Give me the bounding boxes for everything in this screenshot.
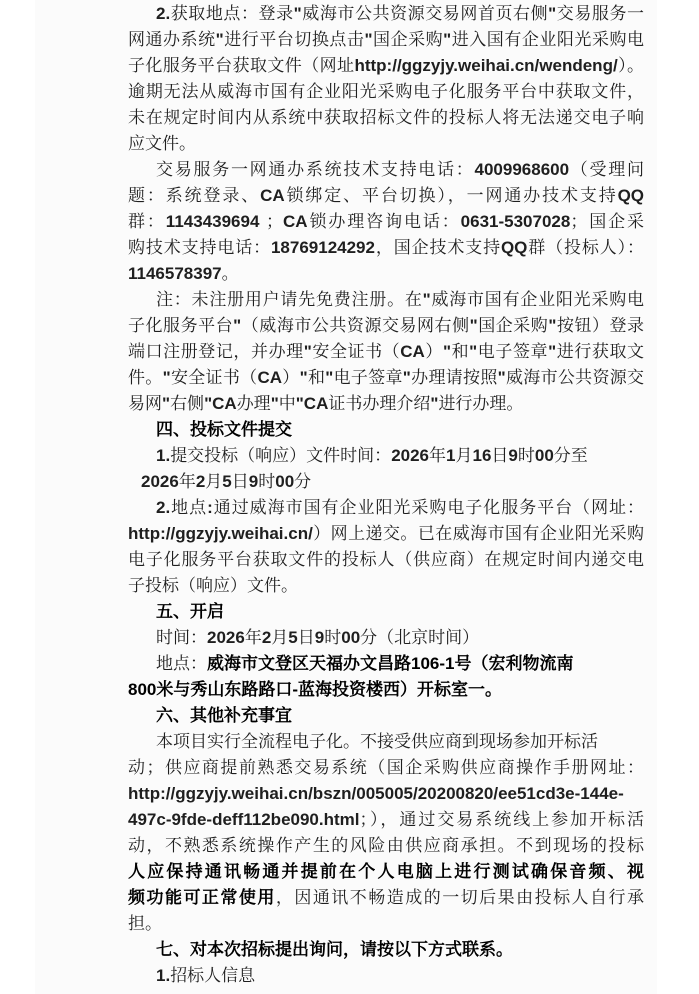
latin-text: " [443, 30, 451, 49]
latin-text: CA [260, 186, 285, 205]
text-segment: 地点： [156, 654, 207, 673]
doc-line-28: 六、其他补充事宜 [128, 703, 644, 729]
doc-line-14: 端口注册登记，并办理"安全证书（CA）"和"电子签章"进行获取文 [128, 339, 644, 365]
latin-text: " [294, 4, 302, 23]
latin-text: : [207, 498, 213, 517]
document-page: 2.获取地点：登录"威海市公共资源交易网首页右侧"交易服务一网通办系统"进行平台… [35, 0, 657, 994]
latin-text: 2 [196, 472, 205, 491]
latin-text: 1 [446, 446, 455, 465]
latin-text: 2 [262, 628, 271, 647]
text-segment: 网通办系统"进行平台切换点击"国企采购"进入国有企业阳光采购电 [128, 30, 644, 49]
latin-text: 2026 [141, 472, 179, 491]
text-segment: 易网"右侧"CA办理"中"CA证书办理介绍"进行办理。 [128, 394, 523, 413]
text-segment: 逾期无法从威海市国有企业阳光采购电子化服务平台中获取文件， [128, 82, 644, 101]
bold-text-segment: 人应保持通讯畅通并提前在个人电脑上进行测试确保音频、视 [128, 862, 644, 881]
text-segment: 件。"安全证书（CA）"和"电子签章"办理请按照"威海市公共资源交 [128, 368, 644, 387]
text-segment: 2.获取地点：登录"威海市公共资源交易网首页右侧"交易服务一 [156, 4, 644, 23]
text-segment: 1.招标人信息 [156, 966, 255, 985]
doc-line-2: 网通办系统"进行平台切换点击"国企采购"进入国有企业阳光采购电 [128, 27, 644, 53]
text-segment: 497c-9fde-deff112be090.html；），通过交易系统线上参加… [128, 810, 644, 829]
text-segment: 群：1143439694 ；CA锁办理咨询电话：0631-5307028；国企采 [128, 212, 644, 231]
doc-line-30: 动；供应商提前熟悉交易系统（国企采购供应商操作手册网址： [128, 755, 644, 781]
doc-line-35: 频功能可正常使用，因通讯不畅造成的一切后果由投标人自行承 [128, 885, 644, 911]
text-segment: 本项目实行全流程电子化。不接受供应商到现场参加开标活 [156, 732, 598, 751]
text-segment: 子投标（响应）文件。 [128, 576, 298, 595]
bold-text-segment: 威海市文登区天福办文昌路106-1号（宏利物流南 [207, 654, 573, 673]
doc-line-32: 497c-9fde-deff112be090.html；），通过交易系统线上参加… [128, 807, 644, 833]
doc-line-34: 人应保持通讯畅通并提前在个人电脑上进行测试确保音频、视 [128, 859, 644, 885]
latin-text: CA [283, 212, 308, 231]
latin-text: http://ggzyjy.weihai.cn/wendeng/ [354, 56, 617, 75]
latin-text: 4009968600 [475, 160, 570, 179]
text-segment: ，因通讯不畅造成的一切后果由投标人自行承 [276, 888, 644, 907]
latin-text: " [162, 394, 170, 413]
doc-line-33: 动，不熟悉系统操作产生的风险由供应商承担。不到现场的投标 [128, 833, 644, 859]
text-segment: 动；供应商提前熟悉交易系统（国企采购供应商操作手册网址： [128, 758, 644, 777]
latin-text: QQ [501, 238, 527, 257]
doc-line-25: 时间：2026年2月5日9时00分（北京时间） [128, 625, 644, 651]
latin-text: " [271, 394, 279, 413]
doc-line-29: 本项目实行全流程电子化。不接受供应商到现场参加开标活 [128, 729, 644, 755]
latin-text: CA [257, 368, 282, 387]
latin-text: " [548, 342, 556, 361]
bold-text-segment: 五、开启 [156, 602, 224, 621]
bold-text-segment: 六、其他补充事宜 [156, 706, 292, 725]
latin-text: 00 [535, 446, 554, 465]
doc-line-6: 应文件。 [128, 131, 644, 157]
doc-line-38: 1.招标人信息 [128, 963, 644, 989]
doc-line-7: 交易服务一网通办系统技术支持电话：4009968600（受理问 [128, 157, 644, 183]
text-segment: 担。 [128, 914, 162, 933]
latin-text: 106-1 [411, 654, 454, 673]
text-segment: 2026年2月5日9时00分 [141, 472, 311, 491]
latin-text: 00 [341, 628, 360, 647]
doc-line-11: 1146578397。 [128, 261, 644, 287]
latin-text: " [364, 30, 372, 49]
text-segment: 子化服务平台"（威海市公共资源交易网右侧"国企采购"按钮）登录 [128, 316, 644, 335]
document-canvas: 2.获取地点：登录"威海市公共资源交易网首页右侧"交易服务一网通办系统"进行平台… [0, 0, 699, 994]
latin-text: 800 [128, 680, 156, 699]
text-segment: http://ggzyjy.weihai.cn/）网上递交。已在威海市国有企业阳… [128, 524, 644, 543]
text-segment: 子化服务平台获取文件（网址http://ggzyjy.weihai.cn/wen… [128, 56, 644, 75]
doc-line-8: 题：系统登录、CA锁绑定、平台切换），一网通办技术支持QQ [128, 183, 644, 209]
latin-text: " [469, 342, 477, 361]
latin-text: " [430, 394, 438, 413]
doc-line-22: 电子化服务平台获取文件的投标人（供应商）在规定时间内递交电 [128, 547, 644, 573]
latin-text: " [403, 368, 411, 387]
latin-text: 00 [275, 472, 294, 491]
doc-line-27: 800米与秀山东路路口-蓝海投资楼西）开标室一。 [128, 677, 644, 703]
doc-line-36: 担。 [128, 911, 644, 937]
text-segment: 1146578397。 [128, 264, 239, 283]
latin-text: 2. [156, 4, 170, 23]
latin-text: " [548, 4, 556, 23]
doc-line-15: 件。"安全证书（CA）"和"电子签章"办理请按照"威海市公共资源交 [128, 365, 644, 391]
latin-text: - [292, 680, 298, 699]
latin-text: " [163, 368, 171, 387]
latin-text: 9 [508, 446, 517, 465]
latin-text: " [423, 290, 431, 309]
doc-line-18: 1.提交投标（响应）文件时间：2026年1月16日9时00分至 [128, 443, 644, 469]
bold-text-segment: 800米与秀山东路路口-蓝海投资楼西）开标室一。 [128, 680, 502, 699]
text-segment: 1.提交投标（响应）文件时间：2026年1月16日9时00分至 [156, 446, 588, 465]
text-segment: 2.地点:通过威海市国有企业阳光采购电子化服务平台（网址： [156, 498, 644, 517]
latin-text: " [443, 342, 451, 361]
doc-line-21: http://ggzyjy.weihai.cn/）网上递交。已在威海市国有企业阳… [128, 521, 644, 547]
text-segment: 注：未注册用户请先免费注册。在"威海市国有企业阳光采购电 [156, 290, 644, 309]
latin-text: 18769124292 [271, 238, 375, 257]
doc-line-3: 子化服务平台获取文件（网址http://ggzyjy.weihai.cn/wen… [128, 53, 644, 79]
doc-text: 2.获取地点：登录"威海市公共资源交易网首页右侧"交易服务一网通办系统"进行平台… [35, 0, 657, 989]
doc-line-16: 易网"右侧"CA办理"中"CA证书办理介绍"进行办理。 [128, 391, 644, 417]
text-segment: 购技术支持电话：18769124292，国企技术支持QQ群（投标人）： [128, 238, 644, 257]
latin-text: " [304, 342, 312, 361]
text-segment: 题：系统登录、CA锁绑定、平台切换），一网通办技术支持QQ [128, 186, 644, 205]
latin-text: " [470, 316, 478, 335]
doc-line-12: 注：未注册用户请先免费注册。在"威海市国有企业阳光采购电 [128, 287, 644, 313]
latin-text: 9 [249, 472, 258, 491]
doc-line-24: 五、开启 [128, 599, 644, 625]
latin-text: " [548, 316, 556, 335]
latin-text: 1. [156, 966, 170, 985]
latin-text: "CA [296, 394, 329, 413]
bold-text-segment: 四、投标文件提交 [156, 420, 292, 439]
latin-text: CA [400, 342, 425, 361]
doc-line-26: 地点：威海市文登区天福办文昌路106-1号（宏利物流南 [128, 651, 644, 677]
latin-text: 9 [315, 628, 324, 647]
doc-line-19: 2026年2月5日9时00分 [128, 469, 644, 495]
bold-text-segment: 七、对本次招标提出询问，请按以下方式联系。 [156, 940, 513, 959]
doc-line-10: 购技术支持电话：18769124292，国企技术支持QQ群（投标人）： [128, 235, 644, 261]
text-segment: http://ggzyjy.weihai.cn/bszn/005005/2020… [128, 784, 624, 803]
latin-text: 16 [472, 446, 491, 465]
latin-text: 1146578397 [128, 264, 222, 283]
latin-text: http://ggzyjy.weihai.cn/ [128, 524, 313, 543]
latin-text: 1. [156, 446, 170, 465]
latin-text: " [233, 316, 241, 335]
text-segment: 端口注册登记，并办理"安全证书（CA）"和"电子签章"进行获取文 [128, 342, 644, 361]
text-segment: 未在规定时间内从系统中获取招标文件的投标人将无法递交电子响 [128, 108, 644, 127]
text-segment: 电子化服务平台获取文件的投标人（供应商）在规定时间内递交电 [128, 550, 644, 569]
doc-line-1: 2.获取地点：登录"威海市公共资源交易网首页右侧"交易服务一 [128, 1, 644, 27]
bold-text-segment: 频功能可正常使用 [128, 888, 276, 907]
latin-text: " [300, 368, 308, 387]
latin-text: QQ [618, 186, 644, 205]
text-segment: 动，不熟悉系统操作产生的风险由供应商承担。不到现场的投标 [128, 836, 644, 855]
doc-line-17: 四、投标文件提交 [128, 417, 644, 443]
doc-line-37: 七、对本次招标提出询问，请按以下方式联系。 [128, 937, 644, 963]
latin-text: "CA [204, 394, 237, 413]
doc-line-23: 子投标（响应）文件。 [128, 573, 644, 599]
latin-text: 497c-9fde-deff112be090.html [128, 810, 360, 829]
latin-text: http://ggzyjy.weihai.cn/bszn/005005/2020… [128, 784, 624, 803]
latin-text: 1143439694 [166, 212, 260, 231]
latin-text: 2026 [391, 446, 429, 465]
latin-text: " [325, 368, 333, 387]
latin-text: " [498, 368, 506, 387]
doc-line-9: 群：1143439694 ；CA锁办理咨询电话：0631-5307028；国企采 [128, 209, 644, 235]
latin-text: 5 [222, 472, 231, 491]
latin-text: 2. [156, 498, 170, 517]
doc-line-5: 未在规定时间内从系统中获取招标文件的投标人将无法递交电子响 [128, 105, 644, 131]
latin-text: 2026 [207, 628, 245, 647]
latin-text: 0631-5307028 [461, 212, 571, 231]
text-segment: 应文件。 [128, 134, 196, 153]
text-segment: 时间：2026年2月5日9时00分（北京时间） [156, 628, 479, 647]
doc-line-4: 逾期无法从威海市国有企业阳光采购电子化服务平台中获取文件， [128, 79, 644, 105]
latin-text: " [216, 30, 224, 49]
latin-text: 5 [288, 628, 297, 647]
doc-line-31: http://ggzyjy.weihai.cn/bszn/005005/2020… [128, 781, 644, 807]
doc-line-20: 2.地点:通过威海市国有企业阳光采购电子化服务平台（网址： [128, 495, 644, 521]
text-segment: 交易服务一网通办系统技术支持电话：4009968600（受理问 [156, 160, 644, 179]
doc-line-13: 子化服务平台"（威海市公共资源交易网右侧"国企采购"按钮）登录 [128, 313, 644, 339]
